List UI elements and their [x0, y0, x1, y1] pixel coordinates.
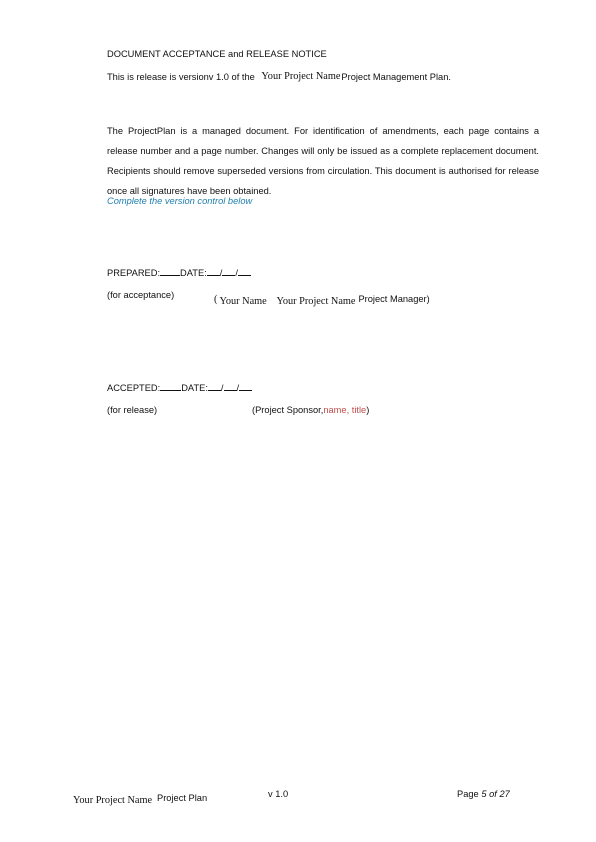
- release-line-prefix: This is release is versionv 1.0 of the: [107, 72, 255, 82]
- footer-version: v 1.0: [268, 789, 288, 799]
- release-line: This is release is versionv 1.0 of the Y…: [107, 71, 451, 82]
- prepared-date-month-field[interactable]: [222, 267, 235, 276]
- sponsor-label: (Project Sponsor,: [252, 405, 323, 415]
- project-name-field[interactable]: Your Project Name: [276, 296, 358, 307]
- prepared-role: Project Manager): [358, 294, 429, 304]
- prepared-date-label: DATE:: [180, 268, 207, 278]
- prepared-date-day-field[interactable]: [207, 267, 220, 276]
- sponsor-name-placeholder[interactable]: name, title: [323, 405, 366, 415]
- accepted-label: ACCEPTED:: [107, 383, 160, 393]
- your-name-field[interactable]: Your Name: [219, 296, 273, 307]
- page-current: 5: [481, 789, 486, 799]
- footer-doc-title: Project Plan: [157, 793, 207, 803]
- accepted-date-year-field[interactable]: [239, 382, 252, 391]
- prepared-purpose: (for acceptance): [107, 290, 174, 300]
- prepared-line: PREPARED:DATE://: [107, 267, 251, 278]
- accepted-signature-field[interactable]: [160, 382, 181, 391]
- version-control-instruction: Complete the version control below: [107, 196, 252, 206]
- open-paren: (: [214, 294, 217, 305]
- managed-document-paragraph: The ProjectPlan is a managed document. F…: [107, 121, 539, 201]
- footer-left: Your Project NameProject Plan: [73, 788, 207, 806]
- accepted-date-day-field[interactable]: [208, 382, 221, 391]
- project-name-field[interactable]: Your Project Name: [261, 71, 341, 82]
- accepted-purpose: (for release): [107, 405, 157, 415]
- accepted-date-label: DATE:: [181, 383, 208, 393]
- close-paren: ): [366, 405, 369, 415]
- section-heading: DOCUMENT ACCEPTANCE and RELEASE NOTICE: [107, 49, 327, 59]
- page-of: of: [489, 789, 497, 799]
- document-page: DOCUMENT ACCEPTANCE and RELEASE NOTICE T…: [0, 0, 596, 842]
- prepared-signatory: (Your NameYour Project NameProject Manag…: [214, 289, 430, 307]
- footer-page-number: Page 5 of 27: [457, 789, 510, 799]
- page-total: 27: [499, 789, 509, 799]
- page-label: Page: [457, 789, 479, 799]
- prepared-date-year-field[interactable]: [238, 267, 251, 276]
- accepted-date-month-field[interactable]: [224, 382, 237, 391]
- prepared-signature-field[interactable]: [160, 267, 180, 276]
- release-line-suffix: Project Management Plan.: [341, 72, 451, 82]
- accepted-signatory: (Project Sponsor,name, title): [252, 405, 369, 415]
- accepted-line: ACCEPTED:DATE://: [107, 382, 252, 393]
- prepared-label: PREPARED:: [107, 268, 160, 278]
- section-heading-text: DOCUMENT ACCEPTANCE and RELEASE NOTICE: [107, 49, 327, 59]
- footer-project-name-field[interactable]: Your Project Name: [73, 795, 157, 806]
